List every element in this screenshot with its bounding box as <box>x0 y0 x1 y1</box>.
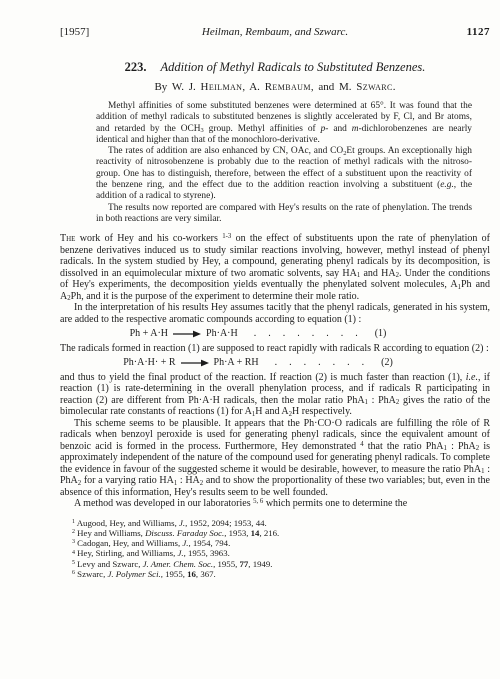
equation-formula: Ph + A·H Ph·A·H <box>130 328 238 340</box>
equation-rhs: Ph·A + RH <box>214 357 259 369</box>
equation-lhs: Ph·A·H· + R <box>123 357 175 369</box>
footnotes: 1 Augood, Hey, and Williams, J., 1952, 2… <box>60 518 490 579</box>
page-number: 1127 <box>356 26 490 38</box>
equation-formula: Ph·A·H· + R Ph·A + RH <box>123 357 258 369</box>
article-title: Addition of Methyl Radicals to Substitut… <box>160 60 425 74</box>
footnote-item: 1 Augood, Hey, and Williams, J., 1952, 2… <box>72 518 490 528</box>
abstract-paragraph: The results now reported are compared wi… <box>96 203 472 226</box>
abstract-paragraph: The rates of addition are also enhanced … <box>96 146 472 202</box>
article-number: 223. <box>125 60 147 74</box>
footnote-item: 2 Hey and Williams, Discuss. Faraday Soc… <box>72 528 490 538</box>
running-title: Heilman, Rembaum, and Szwarc. <box>194 26 356 38</box>
body-paragraph: In the interpretation of his results Hey… <box>60 302 490 325</box>
equation-dots: . . . . . . . <box>275 357 366 369</box>
equation: Ph + A·H Ph·A·H . . . . . . . . (1) <box>60 328 490 340</box>
body-paragraph: The work of Hey and his co-workers 1-3 o… <box>60 233 490 302</box>
equation-lhs: Ph + A·H <box>130 328 168 340</box>
article-body: The work of Hey and his co-workers 1-3 o… <box>60 233 490 510</box>
running-head: [1957] Heilman, Rembaum, and Szwarc. 112… <box>60 26 490 38</box>
year-label: [1957] <box>60 26 194 38</box>
equation: Ph·A·H· + R Ph·A + RH . . . . . . . (2) <box>60 357 490 369</box>
equation-number: (2) <box>381 357 393 369</box>
footnote-item: 4 Hey, Stirling, and Williams, J., 1955,… <box>72 548 490 558</box>
body-paragraph: A method was developed in our laboratori… <box>60 498 490 510</box>
footnote-item: 5 Levy and Szwarc, J. Amer. Chem. Soc., … <box>72 559 490 569</box>
journal-page: [1957] Heilman, Rembaum, and Szwarc. 112… <box>0 0 500 679</box>
footnote-item: 3 Cadogan, Hey, and Williams, J., 1954, … <box>72 538 490 548</box>
abstract-paragraph: Methyl affinities of some substituted be… <box>96 101 472 146</box>
byline: By W. J. Heilman, A. Rembaum, and M. Szw… <box>60 81 490 93</box>
equation-rhs: Ph·A·H <box>206 328 238 340</box>
footnote-item: 6 Szwarc, J. Polymer Sci., 1955, 16, 367… <box>72 569 490 579</box>
body-paragraph: and thus to yield the final product of t… <box>60 372 490 418</box>
body-paragraph: This scheme seems to be plausible. It ap… <box>60 418 490 499</box>
abstract: Methyl affinities of some substituted be… <box>96 101 472 225</box>
reaction-arrow-icon <box>181 359 209 367</box>
equation-dots: . . . . . . . . <box>254 328 359 340</box>
body-paragraph: The radicals formed in reaction (1) are … <box>60 343 490 355</box>
reaction-arrow-icon <box>173 330 201 338</box>
equation-number: (1) <box>375 328 387 340</box>
article-title-row: 223.Addition of Methyl Radicals to Subst… <box>60 60 490 75</box>
